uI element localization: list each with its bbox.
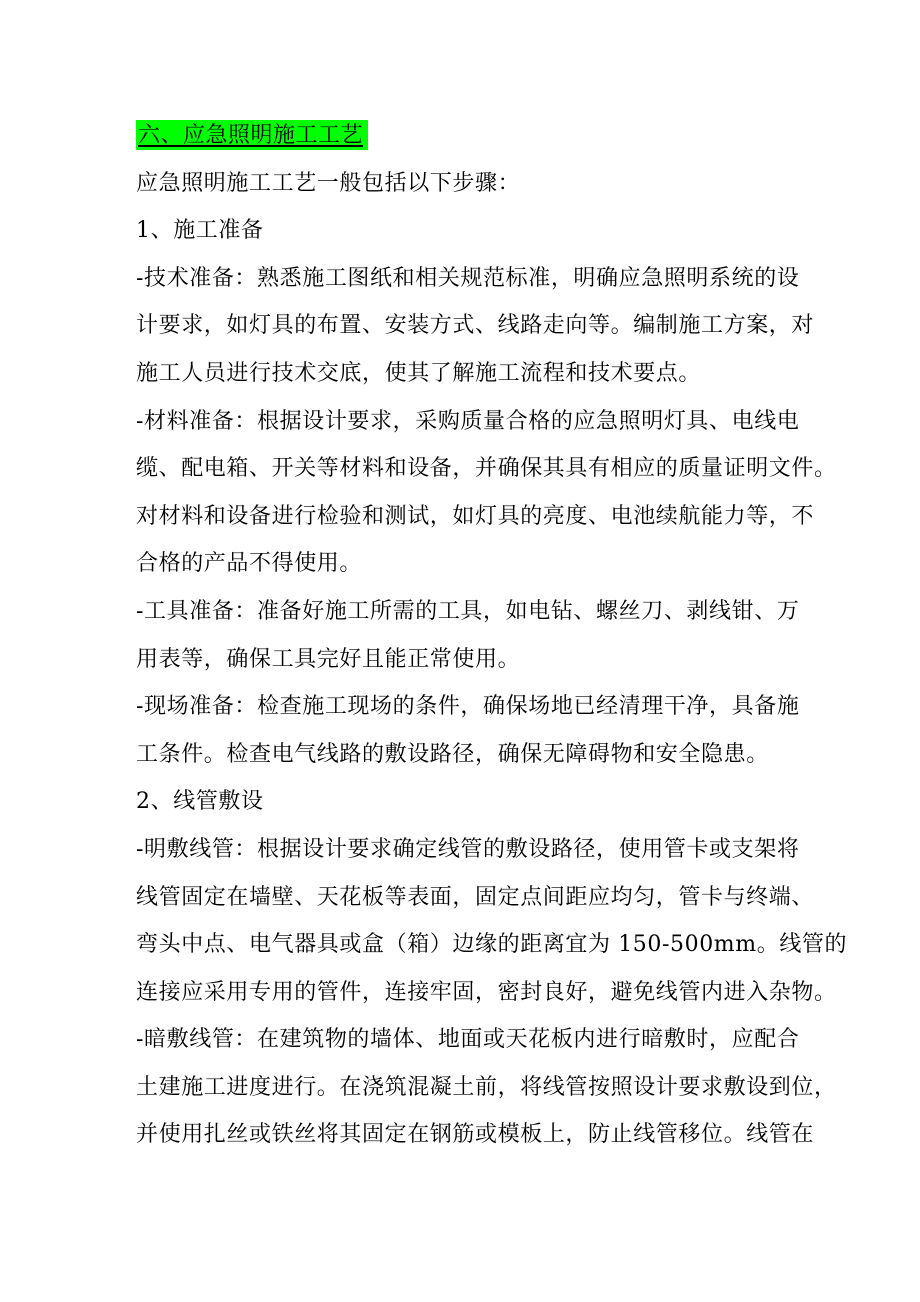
text-line: -现场准备：检查施工现场的条件，确保场地已经清理干净，具备施 bbox=[136, 683, 800, 731]
text-line: 施工人员进行技术交底，使其了解施工流程和技术要点。 bbox=[136, 350, 800, 398]
text-line: 计要求，如灯具的布置、安装方式、线路走向等。编制施工方案，对 bbox=[136, 302, 800, 350]
text-line: -工具准备：准备好施工所需的工具，如电钻、螺丝刀、剥线钳、万 bbox=[136, 588, 800, 636]
document-body: 应急照明施工工艺一般包括以下步骤：1、施工准备-技术准备：熟悉施工图纸和相关规范… bbox=[136, 160, 800, 1159]
text-line: -材料准备：根据设计要求，采购质量合格的应急照明灯具、电线电 bbox=[136, 398, 800, 446]
text-line: 应急照明施工工艺一般包括以下步骤： bbox=[136, 160, 800, 208]
text-line: 并使用扎丝或铁丝将其固定在钢筋或模板上，防止线管移位。线管在 bbox=[136, 1111, 800, 1159]
text-line: 用表等，确保工具完好且能正常使用。 bbox=[136, 636, 800, 684]
section-heading: 六、应急照明施工工艺 bbox=[136, 112, 800, 160]
text-line: 线管固定在墙壁、天花板等表面，固定点间距应均匀，管卡与终端、 bbox=[136, 874, 800, 922]
document-page: 六、应急照明施工工艺 应急照明施工工艺一般包括以下步骤：1、施工准备-技术准备：… bbox=[136, 112, 800, 1159]
text-line: -明敷线管：根据设计要求确定线管的敷设路径，使用管卡或支架将 bbox=[136, 826, 800, 874]
document-background: { "document": { "colors": { "page_backgr… bbox=[0, 0, 920, 1302]
section-heading-text: 六、应急照明施工工艺 bbox=[136, 120, 368, 150]
text-line: 弯头中点、电气器具或盒（箱）边缘的距离宜为 150-500mm。线管的 bbox=[136, 921, 800, 969]
text-line: 缆、配电箱、开关等材料和设备，并确保其具有相应的质量证明文件。 bbox=[136, 445, 800, 493]
text-line: 合格的产品不得使用。 bbox=[136, 540, 800, 588]
text-line: 土建施工进度进行。在浇筑混凝土前，将线管按照设计要求敷设到位， bbox=[136, 1064, 800, 1112]
text-line: 工条件。检查电气线路的敷设路径，确保无障碍物和安全隐患。 bbox=[136, 731, 800, 779]
text-line: 连接应采用专用的管件，连接牢固，密封良好，避免线管内进入杂物。 bbox=[136, 969, 800, 1017]
text-line: 2、线管敷设 bbox=[136, 778, 800, 826]
text-line: -技术准备：熟悉施工图纸和相关规范标准，明确应急照明系统的设 bbox=[136, 255, 800, 303]
text-line: 对材料和设备进行检验和测试，如灯具的亮度、电池续航能力等，不 bbox=[136, 493, 800, 541]
text-line: -暗敷线管：在建筑物的墙体、地面或天花板内进行暗敷时，应配合 bbox=[136, 1016, 800, 1064]
text-line: 1、施工准备 bbox=[136, 207, 800, 255]
